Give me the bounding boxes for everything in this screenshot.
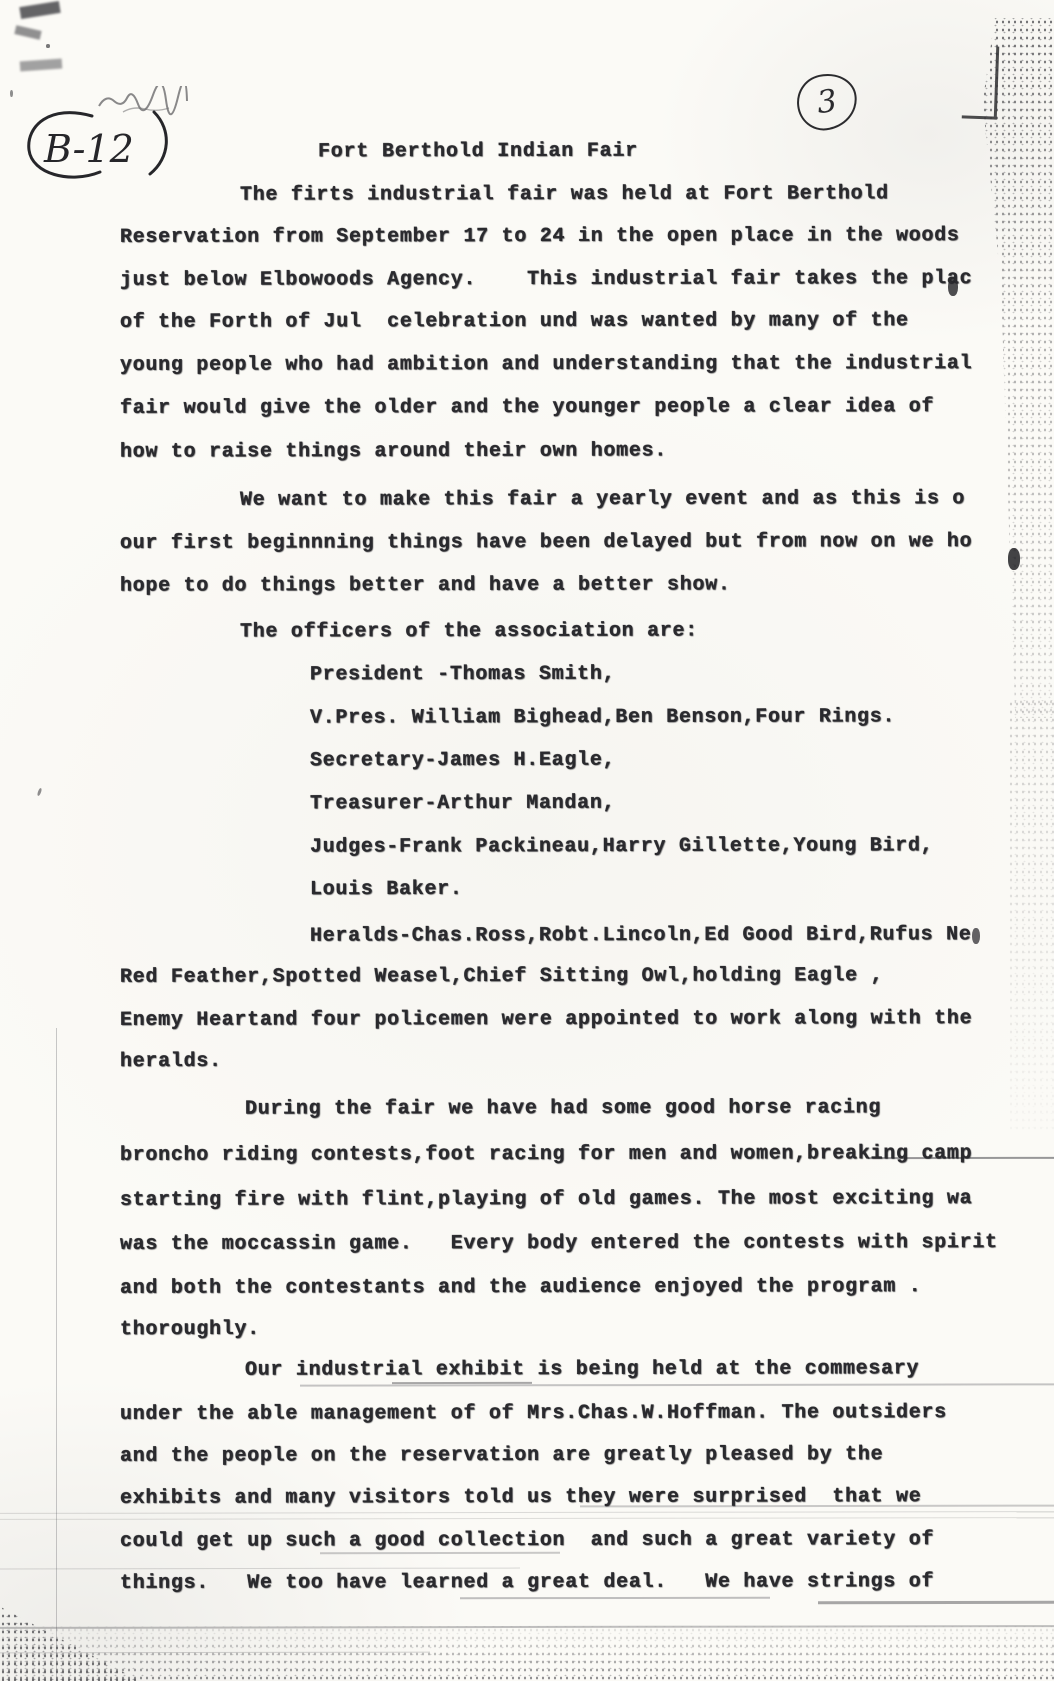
scan-streak xyxy=(818,1601,1054,1604)
ink-smudge xyxy=(20,59,63,72)
doc-line: exhibits and many visitors told us they … xyxy=(120,1485,922,1510)
doc-title: Fort Berthold Indian Fair xyxy=(318,140,638,164)
scan-noise-band-bottom xyxy=(0,1626,1054,1681)
doc-line: thoroughly. xyxy=(120,1318,260,1341)
doc-line: V.Pres. William Bighead,Ben Benson,Four … xyxy=(310,705,895,729)
scan-streak xyxy=(392,1382,532,1385)
doc-line: fair would give the older and the younge… xyxy=(120,395,934,420)
doc-line: under the able management of of Mrs.Chas… xyxy=(120,1401,947,1426)
scan-noise-column-right xyxy=(1008,700,1054,1130)
doc-line: The firts industrial fair was held at Fo… xyxy=(240,182,889,206)
doc-line: Secretary-James H.Eagle, xyxy=(310,749,615,773)
doc-line: our first beginnning things have been de… xyxy=(120,530,972,555)
doc-line: broncho riding contests,foot racing for … xyxy=(120,1142,972,1167)
ink-speck xyxy=(37,788,43,797)
doc-line: was the moccassin game. Every body enter… xyxy=(120,1231,998,1256)
doc-line: President -Thomas Smith, xyxy=(310,663,615,687)
doc-line: Our industrial exhibit is being held at … xyxy=(245,1357,919,1381)
scan-streak xyxy=(0,1568,520,1570)
doc-line: just below Elbowoods Agency. This indust… xyxy=(120,267,972,292)
file-mark-text: B-12 xyxy=(43,127,134,171)
ink-smudge xyxy=(19,1,60,19)
doc-line: and both the contestants and the audienc… xyxy=(120,1275,922,1300)
scan-streak xyxy=(0,1517,1054,1520)
handwritten-page-number: 3 xyxy=(794,71,860,134)
doc-line: We want to make this fair a yearly event… xyxy=(240,487,965,512)
scan-streak xyxy=(460,1597,770,1599)
doc-line: could get up such a good collection and … xyxy=(120,1528,934,1553)
doc-line: The officers of the association are: xyxy=(240,620,698,644)
doc-line: and the people on the reservation are gr… xyxy=(120,1443,883,1468)
doc-line: young people who had ambition and unders… xyxy=(120,352,972,377)
doc-line: Enemy Heartand four policemen were appoi… xyxy=(120,1007,972,1032)
doc-line: hope to do things better and have a bett… xyxy=(120,573,731,597)
scanned-document-page: 3 B-12 Fort Berthold Indian Fair The fir… xyxy=(0,0,1054,1681)
doc-line: heralds. xyxy=(120,1050,222,1073)
doc-line: Louis Baker. xyxy=(310,878,463,901)
doc-line: things. We too have learned a great deal… xyxy=(120,1570,934,1595)
doc-line: of the Forth of Jul celebration und was … xyxy=(120,309,909,334)
ink-speck xyxy=(10,90,13,97)
doc-line: starting fire with flint,playing of old … xyxy=(120,1187,972,1212)
scan-fold-line xyxy=(56,1028,57,1681)
doc-line: Treasurer-Arthur Mandan, xyxy=(310,792,615,816)
scribble-mark xyxy=(93,86,193,118)
doc-line: Judges-Frank Packineau,Harry Gillette,Yo… xyxy=(310,834,933,858)
ink-smudge xyxy=(14,25,41,40)
doc-line: how to raise things around their own hom… xyxy=(120,439,667,463)
doc-line: Heralds-Chas.Ross,Robt.Lincoln,Ed Good B… xyxy=(310,923,972,947)
doc-line: During the fair we have had some good ho… xyxy=(245,1096,881,1120)
doc-line: Reservation from September 17 to 24 in t… xyxy=(120,224,960,249)
scan-streak xyxy=(0,1511,1054,1514)
ink-speck xyxy=(972,928,980,944)
ink-speck xyxy=(46,44,50,48)
page-number-text: 3 xyxy=(815,83,839,121)
ink-speck xyxy=(1008,548,1020,570)
doc-line: Red Feather,Spotted Weasel,Chief Sitting… xyxy=(120,964,883,989)
